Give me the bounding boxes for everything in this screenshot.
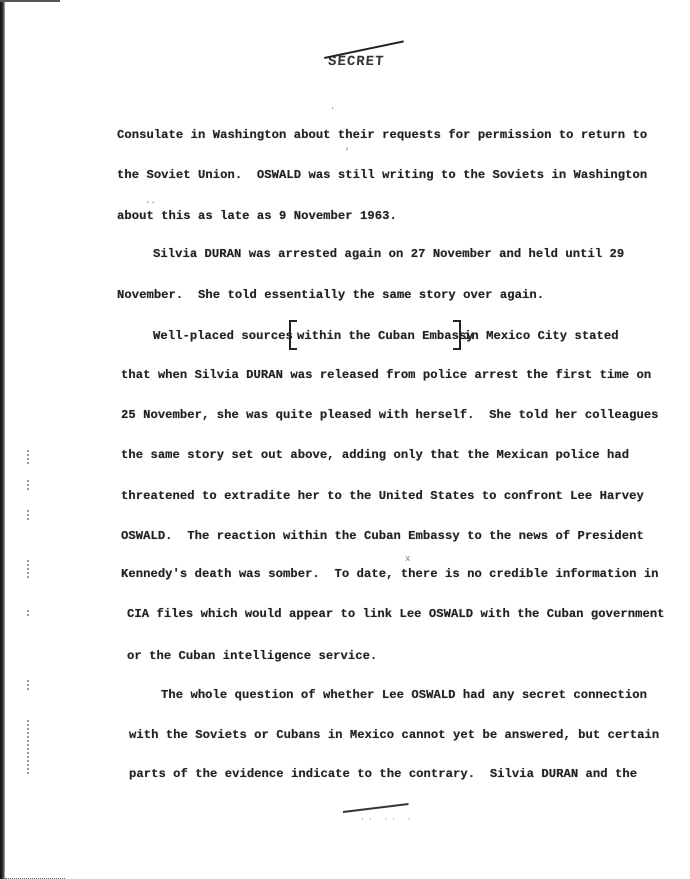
scan-left-edge <box>0 0 5 879</box>
text-line: 25 November, she was quite pleased with … <box>121 408 659 422</box>
text-line: that when Silvia DURAN was released from… <box>121 368 651 382</box>
text-line: in Mexico City stated <box>464 329 619 343</box>
text-line: with the Soviets or Cubans in Mexico can… <box>129 728 659 742</box>
text-line: parts of the evidence indicate to the co… <box>129 767 637 781</box>
text-line: CIA files which would appear to link Lee… <box>127 607 665 621</box>
text-line: Silvia DURAN was arrested again on 27 No… <box>153 247 624 261</box>
bracketed-text: within the Cuban Embassy <box>297 329 474 343</box>
text-line: Kennedy's death was somber. To date, the… <box>121 567 659 581</box>
redaction-bracket-left <box>289 320 297 350</box>
margin-mark <box>27 720 29 776</box>
text-line: the Soviet Union. OSWALD was still writi… <box>117 168 647 182</box>
text-line: Consulate in Washington about their requ… <box>117 128 647 142</box>
margin-mark <box>27 560 29 578</box>
text-line: about this as late as 9 November 1963. <box>117 209 397 223</box>
margin-mark <box>27 680 29 692</box>
footer-marking: ·· ·· · <box>360 815 415 824</box>
text-line: OSWALD. The reaction within the Cuban Em… <box>121 529 644 543</box>
handwritten-x-mark: x <box>405 554 410 564</box>
stray-mark: · <box>330 104 335 114</box>
text-line: the same story set out above, adding onl… <box>121 448 629 462</box>
text-line: Well-placed sources <box>153 329 293 343</box>
redaction-bracket-right <box>453 320 461 350</box>
margin-mark <box>27 510 29 520</box>
stray-mark: .. <box>145 196 156 206</box>
scan-top-edge <box>0 0 60 2</box>
margin-mark <box>27 480 29 492</box>
text-line: The whole question of whether Lee OSWALD… <box>161 688 647 702</box>
text-line: or the Cuban intelligence service. <box>127 649 377 663</box>
text-line: November. She told essentially the same … <box>117 288 544 302</box>
classification-marking: SECRET <box>327 54 385 70</box>
margin-mark <box>27 450 29 464</box>
footer-classification-strike <box>343 803 409 813</box>
stray-mark: , <box>345 142 350 152</box>
document-page: SECRET · , .. x Consulate in Washington … <box>0 0 690 879</box>
text-line: threatened to extradite her to the Unite… <box>121 489 644 503</box>
margin-mark <box>27 610 29 616</box>
